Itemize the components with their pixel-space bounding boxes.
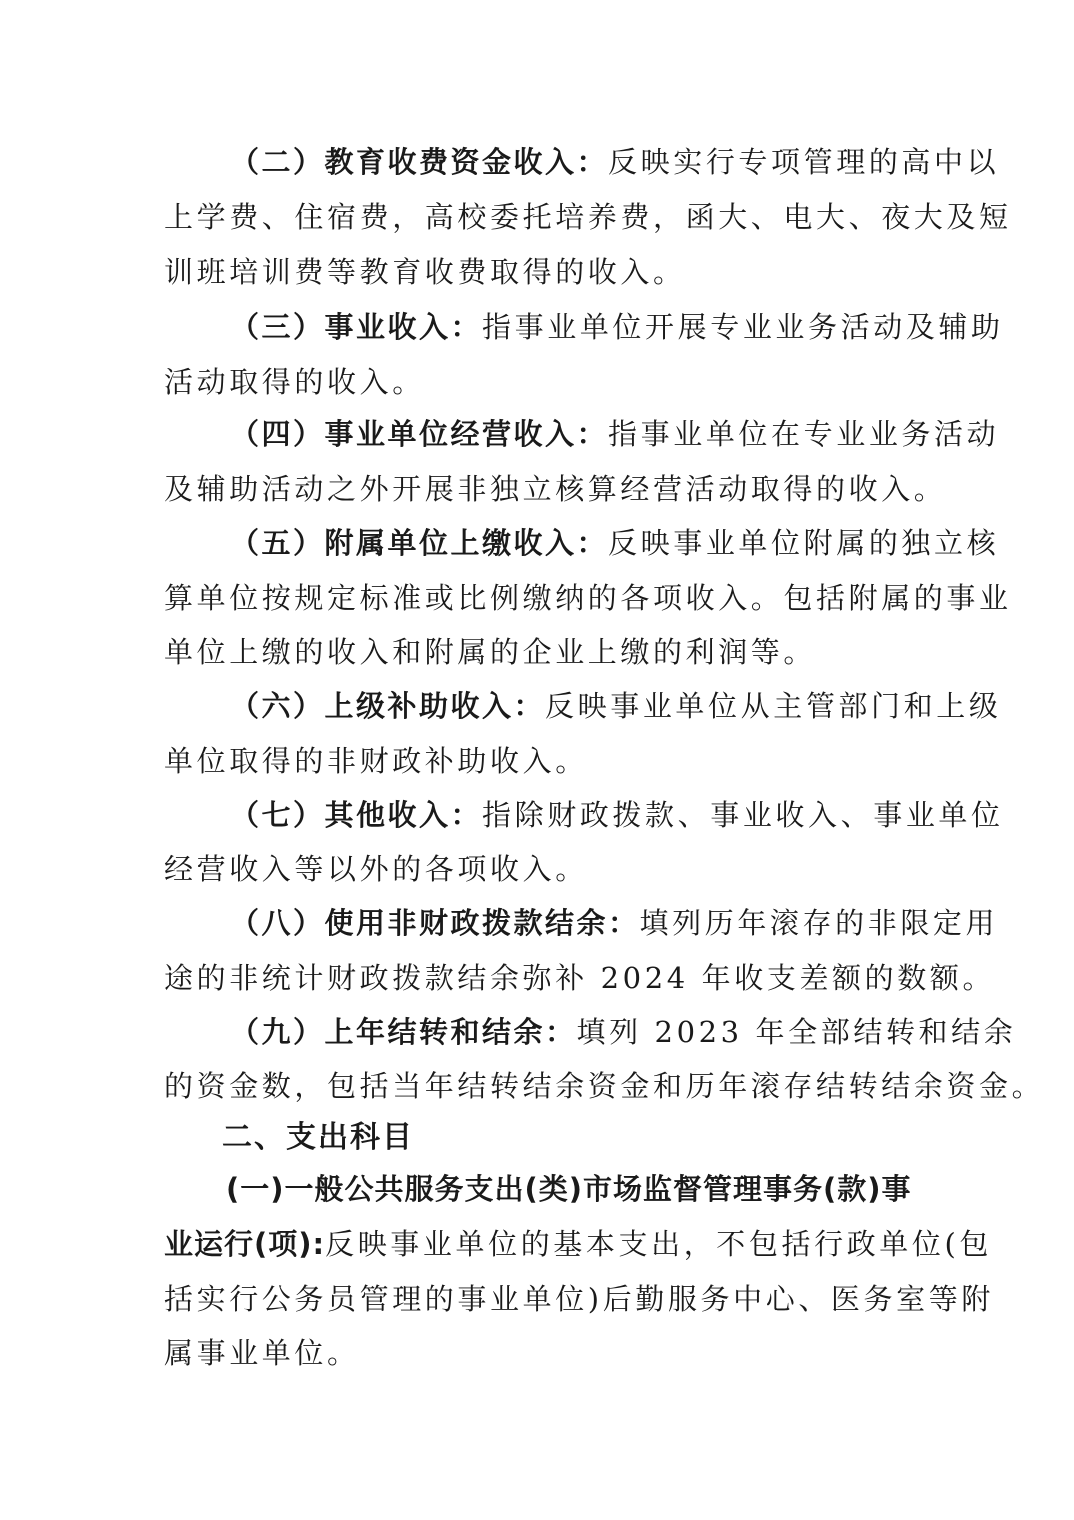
item-5-first-line: （五）附属单位上缴收入：反映事业单位附属的独立核 [230,523,990,563]
item-8-text: 填列历年滚存的非限定用 [640,906,999,940]
section-heading: 二、支出科目 [222,1118,414,1158]
item-9-first-line: （九）上年结转和结余：填列 2023 年全部结转和结余 [230,1012,990,1052]
item-4-first-line: （四）事业单位经营收入：指事业单位在专业业务活动 [230,414,990,454]
item-7-line: 经营收入等以外的各项收入。 [164,849,924,889]
item-3-text: 指事业单位开展专业业务活动及辅助 [482,310,1004,344]
item-2-line: 上学费、住宿费，高校委托培养费，函大、电大、夜大及短 [164,197,924,237]
item-5-text: 反映事业单位附属的独立核 [608,526,999,560]
item-3-line: 活动取得的收入。 [164,362,924,402]
expense-item-label: (一)一般公共服务支出(类)市场监督管理事务(款)事 [226,1172,912,1206]
expense-item-text: 反映事业单位的基本支出，不包括行政单位(包 [325,1227,992,1261]
item-2-text: 反映实行专项管理的高中以 [608,145,999,179]
item-8-first-line: （八）使用非财政拨款结余：填列历年滚存的非限定用 [230,903,990,943]
item-9-label: （九）上年结转和结余： [230,1015,577,1049]
item-7-label: （七）其他收入： [230,798,482,832]
item-6-line: 单位取得的非财政补助收入。 [164,741,924,781]
expense-item-first-line: 业运行(项):反映事业单位的基本支出，不包括行政单位(包 [164,1224,924,1264]
item-4-line: 及辅助活动之外开展非独立核算经营活动取得的收入。 [164,469,924,509]
item-9-text: 填列 2023 年全部结转和结余 [577,1015,1017,1049]
item-3-first-line: （三）事业收入：指事业单位开展专业业务活动及辅助 [230,307,990,347]
item-2-label: （二）教育收费资金收入： [230,145,608,179]
item-7-first-line: （七）其他收入：指除财政拨款、事业收入、事业单位 [230,795,990,835]
item-8-label: （八）使用非财政拨款结余： [230,906,640,940]
expense-item-line: 括实行公务员管理的事业单位)后勤服务中心、医务室等附 [164,1279,924,1319]
expense-item-label-cont: 业运行(项): [164,1227,325,1261]
item-2-line: 训班培训费等教育收费取得的收入。 [164,252,924,292]
item-7-text: 指除财政拨款、事业收入、事业单位 [482,798,1004,832]
item-5-line: 单位上缴的收入和附属的企业上缴的利润等。 [164,632,924,672]
expense-item-line: 属事业单位。 [164,1333,924,1373]
expense-item-label-line1: (一)一般公共服务支出(类)市场监督管理事务(款)事 [226,1169,986,1209]
item-9-line: 的资金数，包括当年结转结余资金和历年滚存结转结余资金。 [164,1066,924,1106]
item-2-first-line: （二）教育收费资金收入：反映实行专项管理的高中以 [230,142,990,182]
item-6-text: 反映事业单位从主管部门和上级 [545,689,1001,723]
item-4-label: （四）事业单位经营收入： [230,417,608,451]
item-6-label: （六）上级补助收入： [230,689,545,723]
item-3-label: （三）事业收入： [230,310,482,344]
item-5-label: （五）附属单位上缴收入： [230,526,608,560]
item-4-text: 指事业单位在专业业务活动 [608,417,999,451]
item-6-first-line: （六）上级补助收入：反映事业单位从主管部门和上级 [230,686,990,726]
item-5-line: 算单位按规定标准或比例缴纳的各项收入。包括附属的事业 [164,578,924,618]
item-8-line: 途的非统计财政拨款结余弥补 2024 年收支差额的数额。 [164,958,924,998]
document-page: （二）教育收费资金收入：反映实行专项管理的高中以 上学费、住宿费，高校委托培养费… [0,0,1074,1520]
